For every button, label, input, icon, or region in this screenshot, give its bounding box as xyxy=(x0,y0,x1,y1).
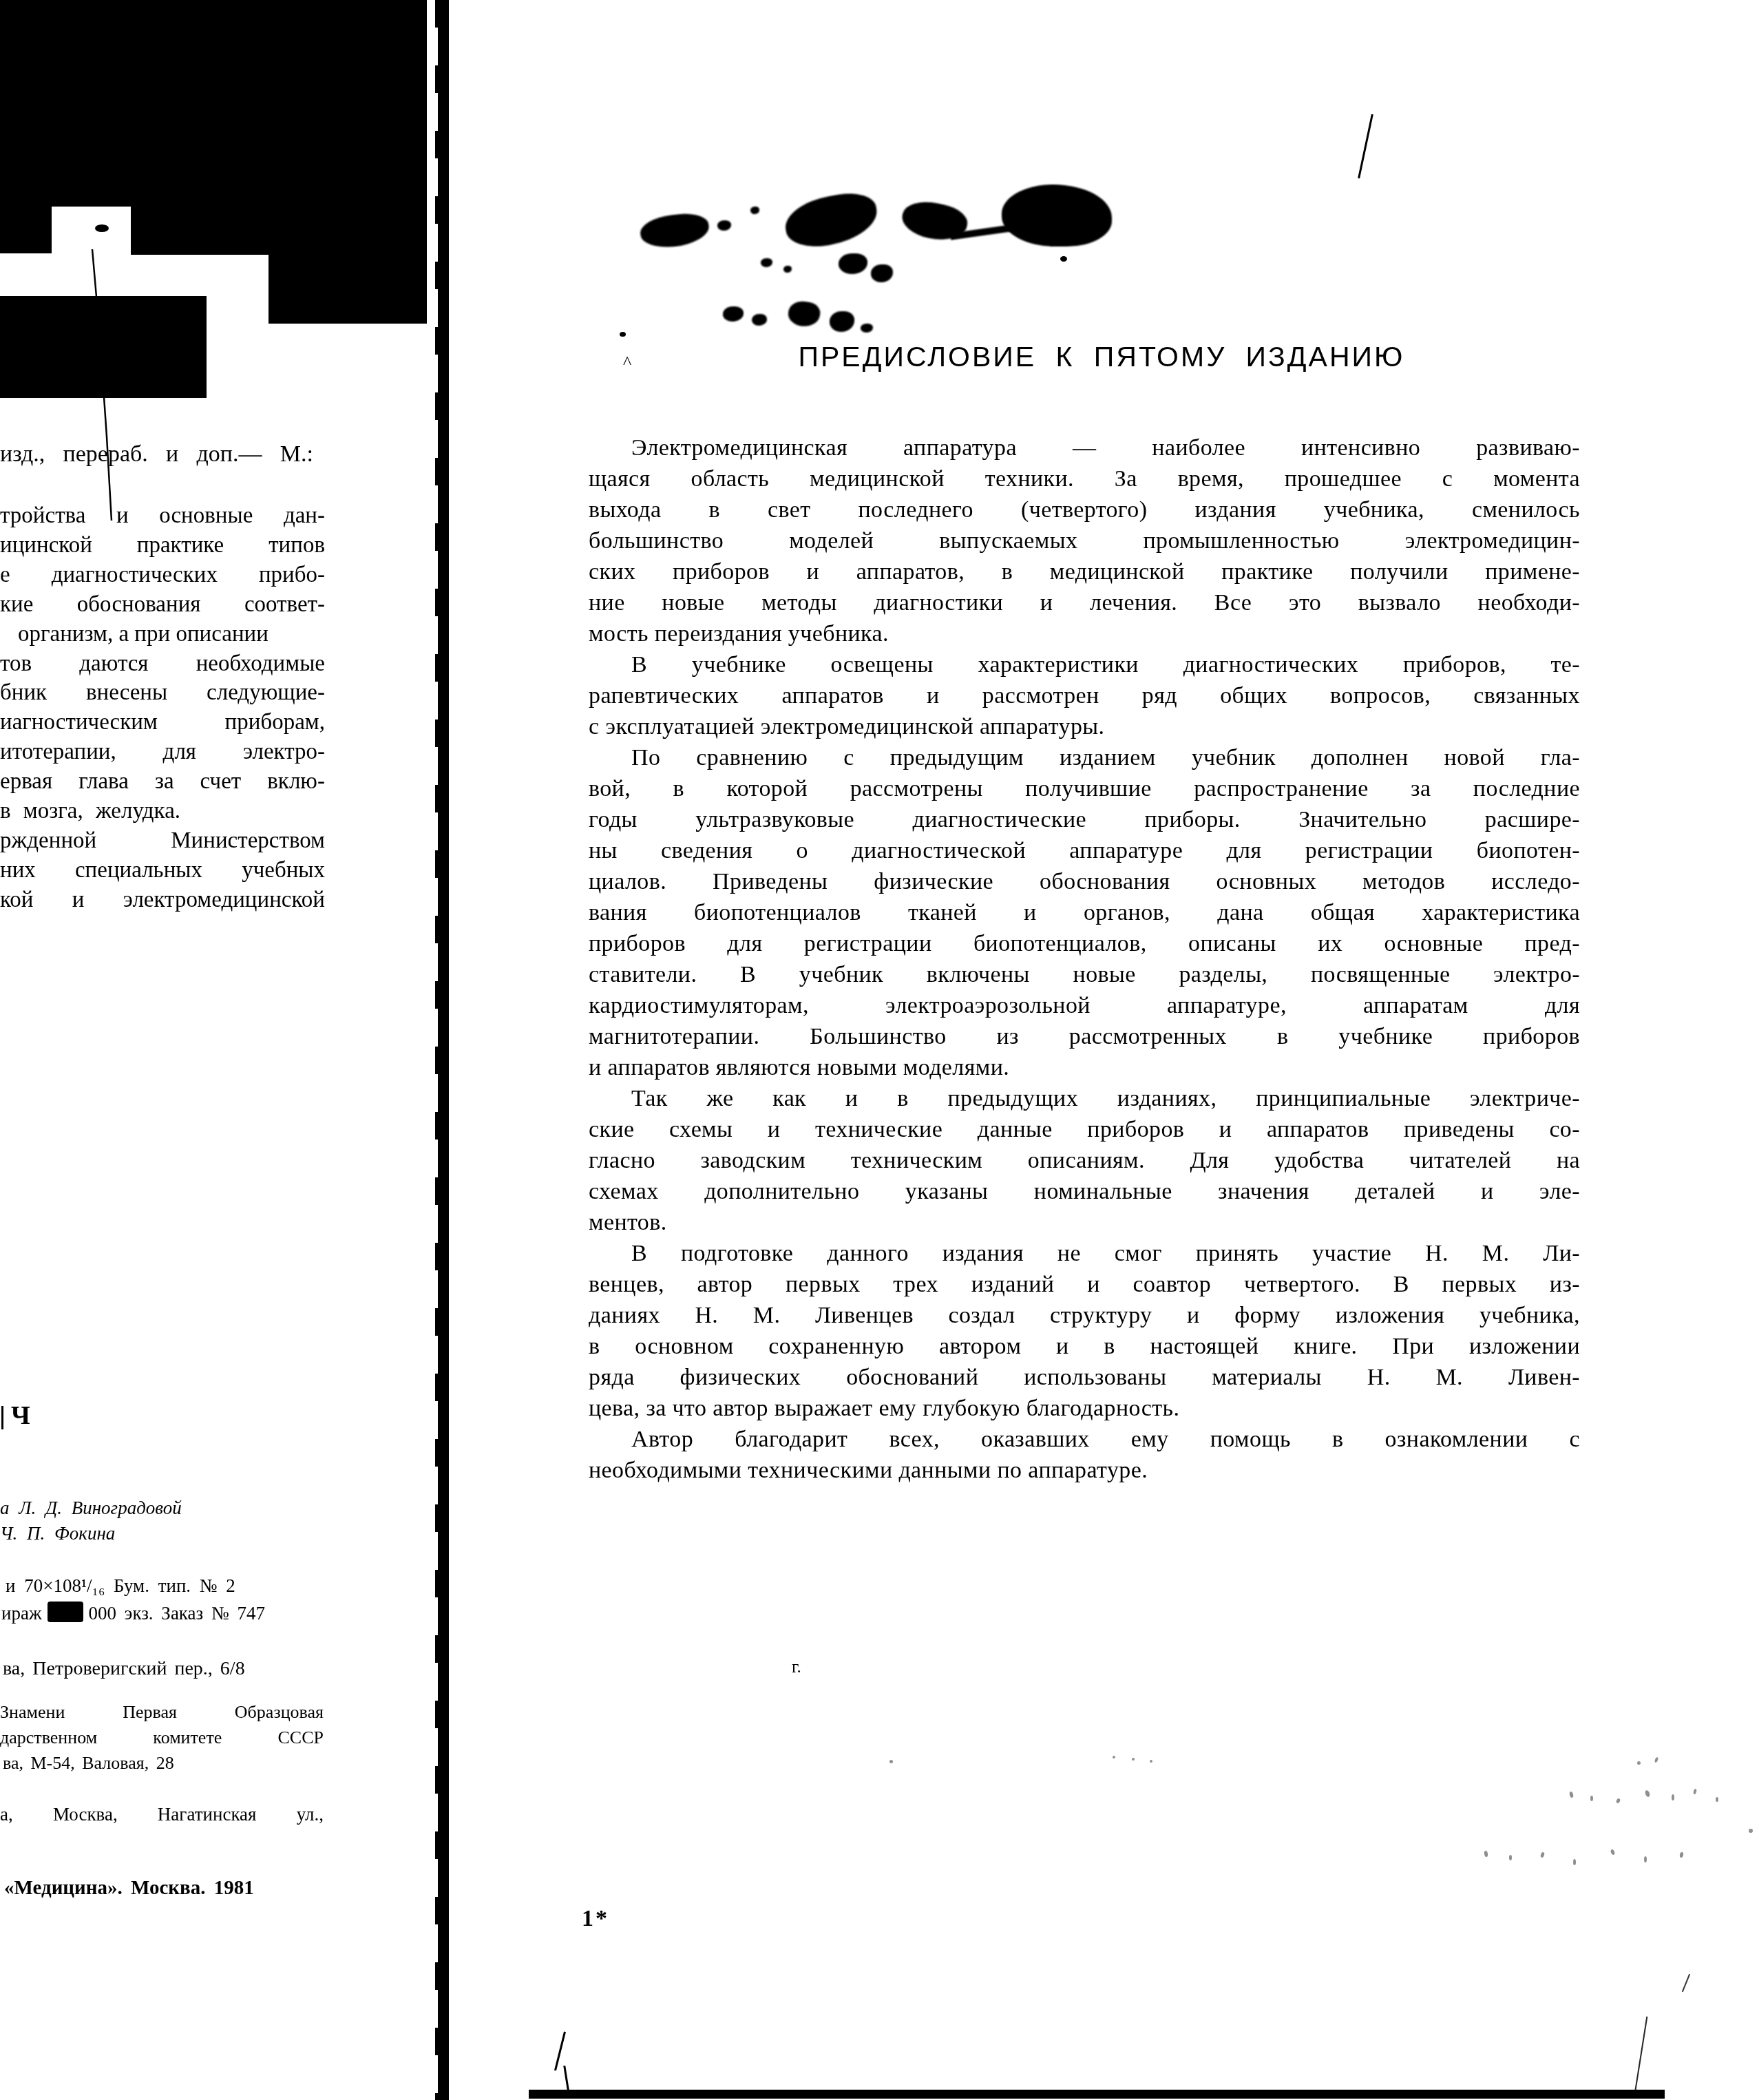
text-line: схемах дополнительно указаны номинальные… xyxy=(589,1176,1580,1207)
text-line: ставители. В учебник включены новые разд… xyxy=(589,959,1580,990)
pencil-speck xyxy=(1749,1829,1753,1833)
binding-crease-mark xyxy=(554,2031,566,2070)
ink-smudge xyxy=(761,258,772,267)
pen-scratch-line xyxy=(77,248,125,523)
ink-smudge xyxy=(871,264,893,282)
colophon-line: а, Москва, Нагатинская ул., xyxy=(0,1804,324,1829)
pencil-speck xyxy=(1679,1852,1684,1858)
text-line: ны сведения о диагностической аппаратуре… xyxy=(589,835,1580,866)
pencil-scratch xyxy=(1634,2017,1648,2099)
pencil-speck xyxy=(1132,1758,1135,1761)
text-line: кардиостимуляторам, электроаэрозольной а… xyxy=(589,990,1580,1021)
text-line: ские схемы и технические данные приборов… xyxy=(589,1114,1580,1145)
pen-slash-mark xyxy=(1358,114,1373,179)
colophon-line: Знамени Первая Образцовая xyxy=(0,1702,324,1727)
text-line: организм, а при описании xyxy=(18,622,268,648)
pencil-speck xyxy=(1616,1798,1621,1803)
text-line: иагностическим приборам, xyxy=(0,710,325,739)
text-line: В учебнике освещены характеристики диагн… xyxy=(589,649,1580,680)
text-line: тройства и основные дан- xyxy=(0,503,325,532)
ink-smudge xyxy=(787,300,822,328)
scan-artifact-bottom-bar xyxy=(529,2090,1665,2099)
ink-blot xyxy=(48,1602,83,1622)
scan-artifact-black-region xyxy=(131,205,427,255)
pencil-speck xyxy=(1654,1757,1658,1763)
pencil-speck xyxy=(1573,1859,1576,1865)
colophon-line: ва, М-54, Валовая, 28 xyxy=(3,1753,174,1774)
text-line: в мозга, желудка. xyxy=(0,799,180,825)
pencil-speck xyxy=(1672,1794,1674,1800)
text-line: ментов. xyxy=(589,1207,1580,1238)
pencil-speck xyxy=(1644,1789,1650,1797)
text-line: в основном сохраненную автором и в насто… xyxy=(589,1331,1580,1362)
colophon-line: ираж000 экз. Заказ № 747 xyxy=(1,1602,265,1624)
pencil-speck xyxy=(1590,1796,1593,1801)
signature-mark: 1* xyxy=(582,1906,609,1932)
text-line: итотерапии, для электро- xyxy=(0,739,325,768)
ink-speck xyxy=(1060,256,1067,262)
colophon-line: дарственном комитете СССР xyxy=(0,1728,324,1752)
pencil-speck xyxy=(1569,1792,1574,1798)
text-line: ржденной Министерством xyxy=(0,828,325,857)
text-line: циалов. Приведены физические обоснования… xyxy=(589,866,1580,897)
pencil-speck xyxy=(1484,1851,1488,1858)
editor-name: а Л. Д. Виноградовой xyxy=(0,1498,182,1519)
ink-smudge xyxy=(717,220,731,231)
text-line: По сравнению с предыдущим изданием учебн… xyxy=(589,742,1580,773)
imprint-line: «Медицина». Москва. 1981 xyxy=(4,1877,254,1900)
text-line: е диагностических прибо- xyxy=(0,563,325,591)
text-line: с эксплуатацией электромедицинской аппар… xyxy=(589,711,1580,742)
paragraph: Электромедицинская аппаратура — наиболее… xyxy=(589,432,1580,649)
stray-text-mark: г. xyxy=(792,1658,801,1677)
text-line: ервая глава за счет вклю- xyxy=(0,769,325,798)
text-line: приборов для регистрации биопотенциалов,… xyxy=(589,928,1580,959)
text-line: вой, в которой рассмотрены получившие ра… xyxy=(589,773,1580,804)
ink-smudge xyxy=(783,266,792,273)
text-line: ицинской практике типов xyxy=(0,533,325,562)
text-line: Ч xyxy=(11,1401,30,1431)
text-line: большинство моделей выпускаемых промышле… xyxy=(589,525,1580,556)
page-title: ПРЕДИСЛОВИЕ К ПЯТОМУ ИЗДАНИЮ xyxy=(620,341,1583,373)
text-line: ских приборов и аппаратов, в медицинской… xyxy=(589,556,1580,587)
colophon-line: ва, Петроверигский пер., 6/8 xyxy=(3,1658,245,1680)
text-line: Электромедицинская аппаратура — наиболее… xyxy=(589,432,1580,463)
ink-smudge xyxy=(830,311,854,332)
pencil-scratch xyxy=(1682,1974,1690,1993)
scan-speck xyxy=(95,224,109,232)
ink-smudge xyxy=(639,211,710,250)
pencil-speck xyxy=(1610,1849,1616,1855)
text-line: мость переиздания учебника. xyxy=(589,618,1580,649)
pencil-speck xyxy=(1150,1760,1152,1763)
text-line: бник внесены следующие- xyxy=(0,680,325,709)
scan-artifact-black-region xyxy=(268,253,427,324)
text-line: Так же как и в предыдущих изданиях, прин… xyxy=(589,1083,1580,1114)
text-line: выхода в свет последнего (четвертого) из… xyxy=(589,494,1580,525)
text-line: тов даются необходимые xyxy=(0,651,325,680)
colophon-text: 000 экз. Заказ № 747 xyxy=(89,1603,265,1624)
text-line: годы ультразвуковые диагностические приб… xyxy=(589,804,1580,835)
text-line: них специальных учебных xyxy=(0,858,325,887)
paragraph: Автор благодарит всех, оказавших ему пом… xyxy=(589,1424,1580,1486)
pencil-speck xyxy=(1113,1756,1115,1758)
ink-smudge xyxy=(861,324,873,333)
text-line: венцев, автор первых трех изданий и соав… xyxy=(589,1269,1580,1300)
text-line: щаяся область медицинской техники. За вр… xyxy=(589,463,1580,494)
pencil-speck xyxy=(1509,1855,1512,1860)
paragraph: В учебнике освещены характеристики диагн… xyxy=(589,649,1580,742)
ink-smudge xyxy=(723,306,744,322)
ink-smudge xyxy=(781,189,881,252)
paragraph: Так же как и в предыдущих изданиях, прин… xyxy=(589,1083,1580,1238)
pencil-speck xyxy=(889,1760,893,1763)
scan-artifact-black-region xyxy=(0,205,52,253)
text-line: Автор благодарит всех, оказавших ему пом… xyxy=(589,1424,1580,1455)
colophon-line: и 70×108¹/₁₆ Бум. тип. № 2 xyxy=(6,1575,235,1597)
pencil-speck xyxy=(1644,1856,1647,1862)
ink-smudge xyxy=(839,253,867,274)
cut-letter-mark xyxy=(1,1406,3,1429)
ink-speck xyxy=(620,332,626,337)
pencil-speck xyxy=(1716,1797,1718,1802)
text-line: даниях Н. М. Ливенцев создал структуру и… xyxy=(589,1300,1580,1331)
text-line: вания биопотенциалов тканей и органов, д… xyxy=(589,897,1580,928)
pencil-speck xyxy=(1540,1851,1545,1858)
text-line: изд., перераб. и доп.— М.: xyxy=(0,441,313,470)
pencil-speck xyxy=(1693,1789,1697,1795)
text-line: кие обоснования соответ- xyxy=(0,592,325,621)
paragraph: По сравнению с предыдущим изданием учебн… xyxy=(589,742,1580,1083)
text-line: ние новые методы диагностики и лечения. … xyxy=(589,587,1580,618)
text-line: магнитотерапии. Большинство из рассмотре… xyxy=(589,1021,1580,1052)
ink-smudge xyxy=(1002,185,1112,246)
scan-artifact-black-region xyxy=(0,0,427,207)
colophon-text: ираж xyxy=(1,1603,42,1624)
pencil-speck xyxy=(1637,1761,1641,1765)
preface-body-text: Электромедицинская аппаратура — наиболее… xyxy=(589,432,1580,1486)
text-line: необходимыми техническими данными по апп… xyxy=(589,1455,1580,1486)
text-line: кой и электромедицинской xyxy=(0,888,325,916)
paragraph: В подготовке данного издания не смог при… xyxy=(589,1238,1580,1424)
text-line: В подготовке данного издания не смог при… xyxy=(589,1238,1580,1269)
text-line: и аппаратов являются новыми моделями. xyxy=(589,1052,1580,1083)
book-binding-strip xyxy=(438,0,449,2100)
editor-name: Ч. П. Фокина xyxy=(0,1523,115,1544)
text-line: ряда физических обоснований использованы… xyxy=(589,1362,1580,1393)
text-line: рапевтических аппаратов и рассмотрен ряд… xyxy=(589,680,1580,711)
ink-smudge xyxy=(752,314,767,326)
scanned-book-page: изд., перераб. и доп.— М.: тройства и ос… xyxy=(0,0,1759,2100)
text-line: цева, за что автор выражает ему глубокую… xyxy=(589,1393,1580,1424)
text-line: гласно заводским техническим описаниям. … xyxy=(589,1145,1580,1176)
ink-smudge xyxy=(750,207,759,214)
